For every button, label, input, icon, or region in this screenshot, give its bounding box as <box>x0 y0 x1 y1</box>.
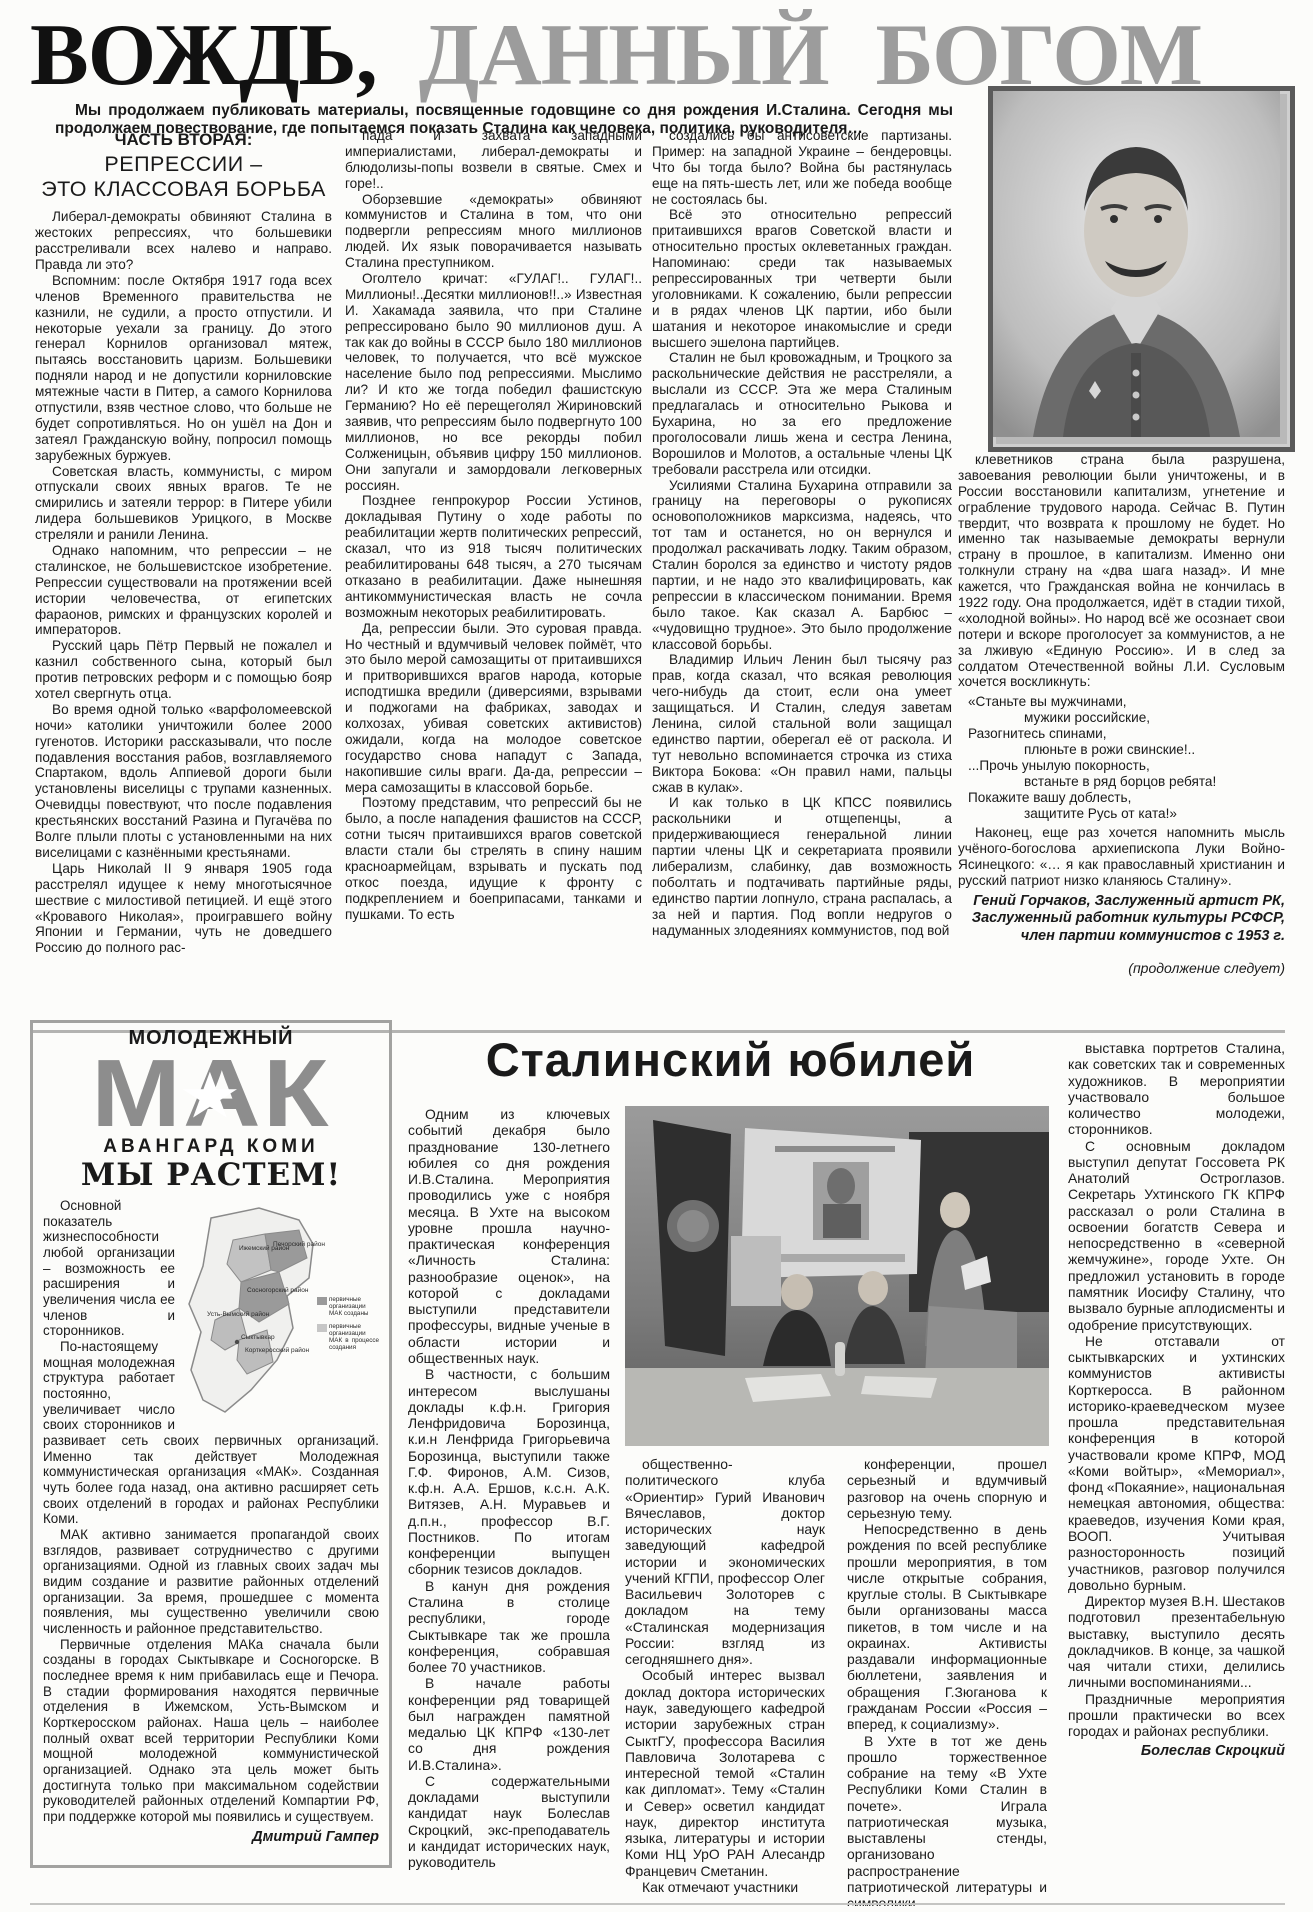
jubilee-column-a: Одним из ключевых событий декабря было п… <box>408 1106 610 1906</box>
map-label: Корткеросский район <box>245 1346 309 1354</box>
paragraph: Особый интерес вызвал доклад доктора ист… <box>625 1667 825 1878</box>
mak-logo: МАК ★ <box>30 1050 392 1138</box>
poem-line: защитите Русь от ката!» <box>968 806 1285 822</box>
legend-item: первичные организации МАК созданы <box>317 1296 379 1318</box>
paragraph: С основным докладом выступил депутат Гос… <box>1068 1138 1285 1333</box>
star-icon: ★ <box>182 1068 240 1124</box>
jubilee-column-b-text: общественно-политического клуба «Ориенти… <box>625 1456 825 1895</box>
paragraph: Праздничные мероприятия прошли практичес… <box>1068 1691 1285 1740</box>
bottom-rule <box>30 1903 1285 1905</box>
paragraph: создались бы антисоветские партизаны. Пр… <box>652 128 952 207</box>
conference-photo <box>625 1106 1049 1446</box>
stalin-portrait-art <box>993 91 1280 437</box>
paragraph: Во время одной только «варфоломеевской н… <box>35 702 332 861</box>
map-legend: первичные организации МАК созданы первич… <box>317 1296 379 1357</box>
suslov-poem: «Станьте вы мужчинами,мужики российские,… <box>968 694 1285 821</box>
paragraph: Оголтело кричат: «ГУЛАГ!.. ГУЛАГ!.. Милл… <box>345 271 642 493</box>
poem-line: плюньте в рожи свинские!.. <box>968 742 1285 758</box>
paragraph: выставка портретов Сталина, как советски… <box>1068 1040 1285 1138</box>
paragraph: Наконец, еще раз хочется напомнить мысль… <box>958 825 1285 889</box>
mak-article-box: МОЛОДЕЖНЫЙ МАК ★ АВАНГАРД КОМИ МЫ РАСТЕМ… <box>30 1020 392 1868</box>
paragraph: Всё это относительно репрессий притаивши… <box>652 207 952 350</box>
legend-swatch-light <box>317 1324 327 1332</box>
komi-map: Ижемский район Печорский район Сосногорс… <box>181 1200 379 1428</box>
jubilee-column-e: выставка портретов Сталина, как советски… <box>1068 1040 1285 1900</box>
paragraph: И как только в ЦК КПСС появились расколь… <box>652 795 952 938</box>
jubilee-column-b: общественно-политического клуба «Ориенти… <box>625 1456 825 1906</box>
legend-label: первичные организации МАК в процессе соз… <box>329 1323 379 1352</box>
paragraph: С содержательными докладами выступили ка… <box>408 1773 610 1871</box>
stalin-portrait-image <box>988 86 1295 452</box>
article-title: РЕПРЕССИИ – ЭТО КЛАССОВАЯ БОРЬБА <box>35 152 332 201</box>
paragraph: Владимир Ильич Ленин был тысячу раз прав… <box>652 652 952 795</box>
paragraph: клеветников страна была разрушена, завое… <box>958 452 1285 690</box>
paragraph: В Ухте в тот же день прошло торжественно… <box>847 1733 1047 1906</box>
paragraph: Либерал-демократы обвиняют Сталина в жес… <box>35 209 332 273</box>
jubilee-column-c: конференции, прошел серьезный и вдумчивы… <box>847 1456 1047 1906</box>
article-column-3: создались бы антисоветские партизаны. Пр… <box>652 128 952 1020</box>
column-4-text: клеветников страна была разрушена, завое… <box>958 452 1285 690</box>
paragraph: пада и захвата западными империалистами,… <box>345 128 642 192</box>
paragraph: Вспомним: после Октября 1917 года всех ч… <box>35 273 332 464</box>
newspaper-page: ВОЖДЬ,ДАННЫЙ БОГОМ Мы продолжаем публико… <box>0 0 1313 1912</box>
paragraph: МАК активно занимается пропагандой своих… <box>43 1527 379 1637</box>
map-label: Сыктывкар <box>241 1334 275 1341</box>
paragraph: Директор музея В.Н. Шестаков подготовил … <box>1068 1593 1285 1691</box>
poem-line: встаньте в ряд борцов ребята! <box>968 774 1285 790</box>
continuation-note: (продолжение следует) <box>958 960 1285 976</box>
mak-slogan: МЫ РАСТЕМ! <box>43 1159 379 1192</box>
part-label: ЧАСТЬ ВТОРАЯ: <box>35 130 332 150</box>
article-column-1: ЧАСТЬ ВТОРАЯ: РЕПРЕССИИ – ЭТО КЛАССОВАЯ … <box>35 128 332 1020</box>
article-column-2: пада и захвата западными империалистами,… <box>345 128 642 1020</box>
column-3-text: создались бы антисоветские партизаны. Пр… <box>652 128 952 938</box>
jubilee-headline: Сталинский юбилей <box>408 1036 1053 1083</box>
column-2-text: пада и захвата западными империалистами,… <box>345 128 642 923</box>
poem-line: мужики российские, <box>968 710 1285 726</box>
paragraph: Первичные отделения МАКа сначала были со… <box>43 1637 379 1825</box>
jubilee-column-a-text: Одним из ключевых событий декабря было п… <box>408 1106 610 1870</box>
poem-line: Разогнитесь спинами, <box>968 726 1285 742</box>
poem-line: «Станьте вы мужчинами, <box>968 694 1285 710</box>
conference-photo-art <box>625 1106 1049 1446</box>
map-label: Печорский район <box>273 1240 325 1248</box>
legend-label: первичные организации МАК созданы <box>329 1296 379 1318</box>
poem-line: Покажите вашу доблесть, <box>968 790 1285 806</box>
mak-text: Ижемский район Печорский район Сосногорс… <box>43 1198 379 1846</box>
paragraph: Советская власть, коммунисты, с миром от… <box>35 464 332 543</box>
column-1-text: Либерал-демократы обвиняют Сталина в жес… <box>35 209 332 956</box>
paragraph: Непосредственно в день рождения по всей … <box>847 1521 1047 1732</box>
paragraph: Поэтому представим, что репрессий бы не … <box>345 795 642 922</box>
mak-signature: Дмитрий Гампер <box>43 1829 379 1846</box>
paragraph: Усилиями Сталина Бухарина отправили за г… <box>652 478 952 653</box>
map-label: Сосногорский район <box>247 1286 309 1294</box>
paragraph: В частности, с большим интересом выслуша… <box>408 1366 610 1577</box>
column-4-text-after-poem: Наконец, еще раз хочется напомнить мысль… <box>958 825 1285 889</box>
paragraph: конференции, прошел серьезный и вдумчивы… <box>847 1456 1047 1521</box>
jubilee-column-c-text: конференции, прошел серьезный и вдумчивы… <box>847 1456 1047 1906</box>
paragraph: Одним из ключевых событий декабря было п… <box>408 1106 610 1366</box>
paragraph: общественно-политического клуба «Ориенти… <box>625 1456 825 1667</box>
paragraph: Царь Николай II 9 января 1905 года расст… <box>35 861 332 956</box>
article-title-line1: РЕПРЕССИИ – <box>104 152 262 176</box>
legend-item: первичные организации МАК в процессе соз… <box>317 1323 379 1352</box>
masthead-title-black: ВОЖДЬ, <box>30 7 377 104</box>
paragraph: Оборзевшие «демократы» обвиняют коммунис… <box>345 192 642 271</box>
article1-signature: Гений Горчаков, Заслуженный артист РК, З… <box>958 893 1285 945</box>
jubilee-signature: Болеслав Скроцкий <box>1068 1743 1285 1760</box>
poem-line: ...Прочь унылую покорность, <box>968 758 1285 774</box>
map-label: Усть-Вымский район <box>207 1310 270 1318</box>
paragraph: Как отмечают участники <box>625 1879 825 1895</box>
paragraph: В начале работы конференции ряд товарище… <box>408 1675 610 1773</box>
paragraph: Однако напомним, что репрессии – не стал… <box>35 543 332 638</box>
jubilee-column-e-text: выставка портретов Сталина, как советски… <box>1068 1040 1285 1739</box>
paragraph: Позднее генпрокурор России Устинов, докл… <box>345 493 642 620</box>
paragraph: Русский царь Пётр Первый не пожалел и ка… <box>35 638 332 702</box>
paragraph: Не отставали от сыктывкарских и ухтински… <box>1068 1333 1285 1593</box>
paragraph: Да, репрессии были. Это суровая правда. … <box>345 621 642 796</box>
paragraph: В канун дня рождения Сталина в столице р… <box>408 1578 610 1676</box>
paragraph: Сталин не был кровожадным, и Троцкого за… <box>652 350 952 477</box>
article-column-4: клеветников страна была разрушена, завое… <box>958 452 1285 1022</box>
article-title-line2: ЭТО КЛАССОВАЯ БОРЬБА <box>41 177 326 201</box>
legend-swatch-dark <box>317 1297 327 1305</box>
